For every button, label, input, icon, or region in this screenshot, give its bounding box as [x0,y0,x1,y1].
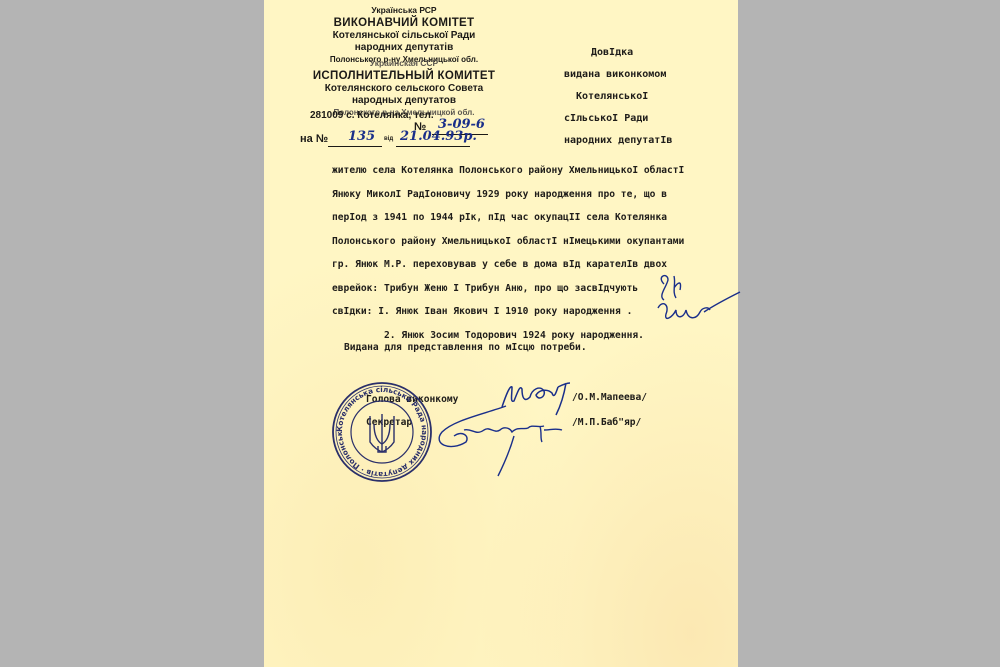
letterhead-republic: Українська РСР [304,6,504,15]
ref-value: 135 [348,129,375,144]
title-line: сІльськоІ Ради [564,108,724,130]
signature-name-head: /О.М.Мапеева/ [572,392,647,403]
title-line: КотелянськоІ [564,86,724,108]
document-page: Українська РСР ВИКОНАВЧИЙ КОМІТЕТ Котеля… [264,0,738,667]
ref-underline [328,146,382,147]
letterhead-republic-rus: Украинская ССР [304,59,504,68]
letterhead-council-rus: Котелянского сельского Совета [304,84,504,94]
letterhead-ukr: Українська РСР ВИКОНАВЧИЙ КОМІТЕТ Котеля… [304,6,504,64]
ref-label: на № [300,133,328,145]
body-line: Янюку МиколІ РадІоновичу 1929 року народ… [332,183,732,207]
handwritten-signature-secretary [414,400,574,480]
certificate-title-block: ДовІдка видана виконкомом КотелянськоІ с… [564,42,724,152]
date-label: від [384,136,393,142]
body-line: перІод з 1941 по 1944 рІк, пІд час окупа… [332,206,732,230]
certificate-title: ДовІдка [564,42,724,64]
official-stamp: Котелянська сільська Рада народних депут… [330,380,434,484]
letterhead-deputies-rus: народных депутатов [304,96,504,106]
letterhead-address: 281009 с. Котелянка, тел. [310,110,434,121]
title-line: народних депутатІв [564,130,724,152]
letterhead-rus: Украинская ССР ИСПОЛНИТЕЛЬНЫЙ КОМИТЕТ Ко… [304,59,504,117]
issued-for-text: Видана для представлення по мІсцю потреб… [344,342,587,353]
letterhead-deputies: народних депутатів [304,43,504,53]
handwritten-margin-note [644,270,744,330]
letterhead-committee-rus: ИСПОЛНИТЕЛЬНЫЙ КОМИТЕТ [304,71,504,83]
letterhead-council: Котелянської сільської Ради [304,31,504,41]
title-line: видана виконкомом [564,64,724,86]
date-value: 21.04.93р. [400,129,477,144]
date-underline [396,146,470,147]
letterhead-committee: ВИКОНАВЧИЙ КОМІТЕТ [304,18,504,30]
signature-name-secretary: /М.П.Баб"яр/ [572,417,641,428]
trident-icon [370,414,394,452]
body-line: жителю села Котелянка Полонського району… [332,159,732,183]
body-line: Полонського району ХмельницькоІ областІ … [332,230,732,254]
